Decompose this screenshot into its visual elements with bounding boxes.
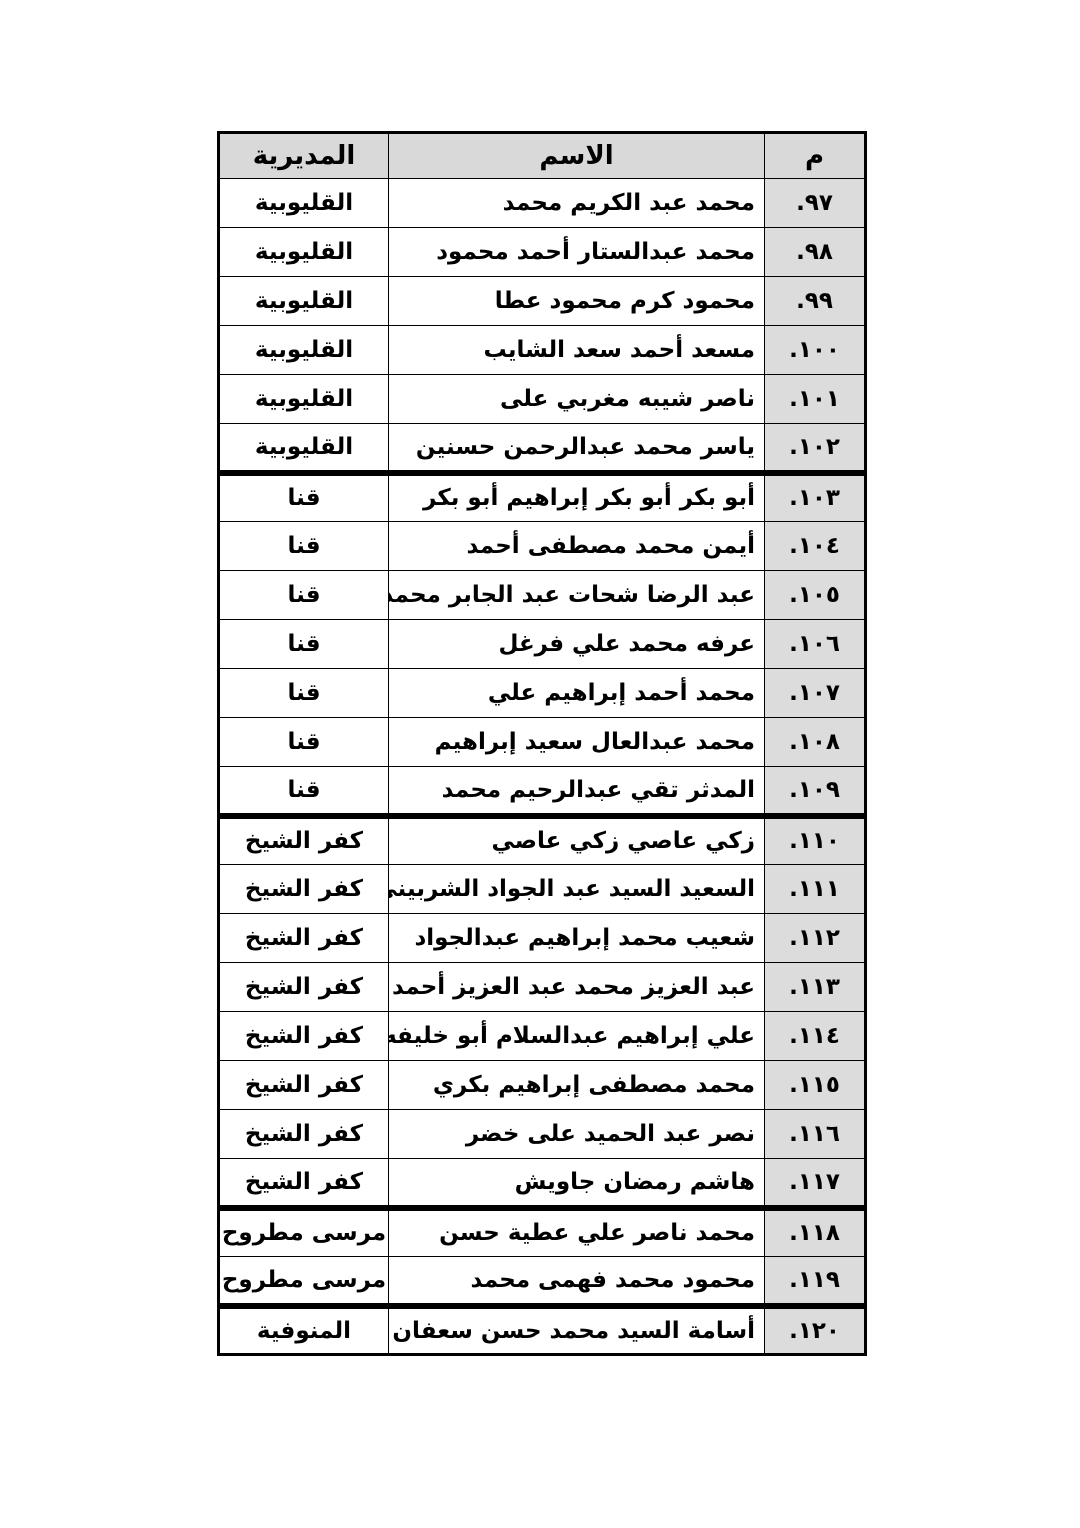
- cell-name: محمد أحمد إبراهيم علي: [389, 669, 765, 718]
- table-row: ١١٨. محمد ناصر علي عطية حسن مرسى مطروح: [219, 1208, 866, 1257]
- cell-number: ١٠٦.: [765, 620, 866, 669]
- cell-directorate: مرسى مطروح: [219, 1208, 389, 1257]
- cell-directorate: كفر الشيخ: [219, 1159, 389, 1208]
- cell-name: محمود محمد فهمى محمد: [389, 1257, 765, 1306]
- table-row: ١١٤. علي إبراهيم عبدالسلام أبو خليفه كفر…: [219, 1012, 866, 1061]
- table-row: ١١٧. هاشم رمضان جاويش كفر الشيخ: [219, 1159, 866, 1208]
- cell-name: محمد عبد الكريم محمد: [389, 179, 765, 228]
- cell-number: ١٠١.: [765, 375, 866, 424]
- cell-number: ١١٧.: [765, 1159, 866, 1208]
- cell-directorate: قنا: [219, 620, 389, 669]
- cell-number: ١١٩.: [765, 1257, 866, 1306]
- cell-name: السعيد السيد عبد الجواد الشربيني: [389, 865, 765, 914]
- cell-directorate: قنا: [219, 718, 389, 767]
- table-row: ١٠٨. محمد عبدالعال سعيد إبراهيم قنا: [219, 718, 866, 767]
- table-row: ١٢٠. أسامة السيد محمد حسن سعفان المنوفية: [219, 1306, 866, 1355]
- cell-directorate: القليوبية: [219, 326, 389, 375]
- table-row: ١١٠. زكي عاصي زكي عاصي كفر الشيخ: [219, 816, 866, 865]
- cell-number: ١١٤.: [765, 1012, 866, 1061]
- cell-name: علي إبراهيم عبدالسلام أبو خليفه: [389, 1012, 765, 1061]
- cell-name: محمد عبدالستار أحمد محمود: [389, 228, 765, 277]
- cell-number: ١٢٠.: [765, 1306, 866, 1355]
- table-row: ٩٨. محمد عبدالستار أحمد محمود القليوبية: [219, 228, 866, 277]
- table-row: ١٠٠. مسعد أحمد سعد الشايب القليوبية: [219, 326, 866, 375]
- cell-number: ١١٠.: [765, 816, 866, 865]
- cell-number: ٩٩.: [765, 277, 866, 326]
- table-row: ١٠٣. أبو بكر أبو بكر إبراهيم أبو بكر قنا: [219, 473, 866, 522]
- cell-number: ١١٦.: [765, 1110, 866, 1159]
- cell-number: ٩٨.: [765, 228, 866, 277]
- table-row: ١٠٤. أيمن محمد مصطفى أحمد قنا: [219, 522, 866, 571]
- cell-name: ناصر شيبه مغربي على: [389, 375, 765, 424]
- header-cell-number: م: [765, 133, 866, 179]
- cell-directorate: كفر الشيخ: [219, 914, 389, 963]
- cell-name: محمد مصطفى إبراهيم بكري: [389, 1061, 765, 1110]
- cell-directorate: قنا: [219, 522, 389, 571]
- cell-directorate: قنا: [219, 571, 389, 620]
- cell-number: ٩٧.: [765, 179, 866, 228]
- cell-number: ١٠٥.: [765, 571, 866, 620]
- cell-directorate: كفر الشيخ: [219, 963, 389, 1012]
- table-header-row: م الاسم المديرية: [219, 133, 866, 179]
- cell-directorate: قنا: [219, 669, 389, 718]
- roster-table: م الاسم المديرية ٩٧. محمد عبد الكريم محم…: [217, 131, 867, 1356]
- cell-directorate: القليوبية: [219, 277, 389, 326]
- cell-number: ١١٣.: [765, 963, 866, 1012]
- table-row: ٩٩. محمود كرم محمود عطا القليوبية: [219, 277, 866, 326]
- cell-directorate: مرسى مطروح: [219, 1257, 389, 1306]
- cell-number: ١١١.: [765, 865, 866, 914]
- cell-name: عرفه محمد علي فرغل: [389, 620, 765, 669]
- cell-directorate: القليوبية: [219, 375, 389, 424]
- table-row: ١١٢. شعيب محمد إبراهيم عبدالجواد كفر الش…: [219, 914, 866, 963]
- table-row: ٩٧. محمد عبد الكريم محمد القليوبية: [219, 179, 866, 228]
- cell-name: ياسر محمد عبدالرحمن حسنين: [389, 424, 765, 473]
- cell-name: أيمن محمد مصطفى أحمد: [389, 522, 765, 571]
- table-row: ١٠٧. محمد أحمد إبراهيم علي قنا: [219, 669, 866, 718]
- cell-directorate: كفر الشيخ: [219, 865, 389, 914]
- cell-number: ١٠٣.: [765, 473, 866, 522]
- table-row: ١٠٢. ياسر محمد عبدالرحمن حسنين القليوبية: [219, 424, 866, 473]
- cell-name: زكي عاصي زكي عاصي: [389, 816, 765, 865]
- table-row: ١٠٥. عبد الرضا شحات عبد الجابر محمد قنا: [219, 571, 866, 620]
- table-row: ١١٩. محمود محمد فهمى محمد مرسى مطروح: [219, 1257, 866, 1306]
- cell-directorate: المنوفية: [219, 1306, 389, 1355]
- cell-number: ١١٨.: [765, 1208, 866, 1257]
- cell-directorate: القليوبية: [219, 228, 389, 277]
- document-page: م الاسم المديرية ٩٧. محمد عبد الكريم محم…: [0, 0, 1080, 1528]
- cell-number: ١١٢.: [765, 914, 866, 963]
- table-row: ١٠٦. عرفه محمد علي فرغل قنا: [219, 620, 866, 669]
- table-row: ١٠٩. المدثر تقي عبدالرحيم محمد قنا: [219, 767, 866, 816]
- cell-name: المدثر تقي عبدالرحيم محمد: [389, 767, 765, 816]
- cell-name: عبد الرضا شحات عبد الجابر محمد: [389, 571, 765, 620]
- table-row: ١١٣. عبد العزيز محمد عبد العزيز أحمد كفر…: [219, 963, 866, 1012]
- cell-name: عبد العزيز محمد عبد العزيز أحمد: [389, 963, 765, 1012]
- cell-number: ١٠٨.: [765, 718, 866, 767]
- table-row: ١١٥. محمد مصطفى إبراهيم بكري كفر الشيخ: [219, 1061, 866, 1110]
- cell-number: ١٠٩.: [765, 767, 866, 816]
- cell-name: أسامة السيد محمد حسن سعفان: [389, 1306, 765, 1355]
- cell-directorate: كفر الشيخ: [219, 1110, 389, 1159]
- cell-directorate: قنا: [219, 767, 389, 816]
- cell-number: ١٠٧.: [765, 669, 866, 718]
- cell-number: ١٠٠.: [765, 326, 866, 375]
- cell-number: ١٠٢.: [765, 424, 866, 473]
- cell-name: شعيب محمد إبراهيم عبدالجواد: [389, 914, 765, 963]
- table-row: ١١١. السعيد السيد عبد الجواد الشربيني كف…: [219, 865, 866, 914]
- cell-name: نصر عبد الحميد على خضر: [389, 1110, 765, 1159]
- cell-number: ١٠٤.: [765, 522, 866, 571]
- cell-name: أبو بكر أبو بكر إبراهيم أبو بكر: [389, 473, 765, 522]
- cell-name: محمد ناصر علي عطية حسن: [389, 1208, 765, 1257]
- cell-name: مسعد أحمد سعد الشايب: [389, 326, 765, 375]
- table-row: ١١٦. نصر عبد الحميد على خضر كفر الشيخ: [219, 1110, 866, 1159]
- cell-number: ١١٥.: [765, 1061, 866, 1110]
- header-cell-name: الاسم: [389, 133, 765, 179]
- cell-directorate: كفر الشيخ: [219, 1061, 389, 1110]
- cell-name: هاشم رمضان جاويش: [389, 1159, 765, 1208]
- table-row: ١٠١. ناصر شيبه مغربي على القليوبية: [219, 375, 866, 424]
- cell-directorate: قنا: [219, 473, 389, 522]
- cell-directorate: القليوبية: [219, 179, 389, 228]
- cell-directorate: كفر الشيخ: [219, 816, 389, 865]
- cell-name: محمد عبدالعال سعيد إبراهيم: [389, 718, 765, 767]
- cell-directorate: القليوبية: [219, 424, 389, 473]
- cell-directorate: كفر الشيخ: [219, 1012, 389, 1061]
- header-cell-directorate: المديرية: [219, 133, 389, 179]
- cell-name: محمود كرم محمود عطا: [389, 277, 765, 326]
